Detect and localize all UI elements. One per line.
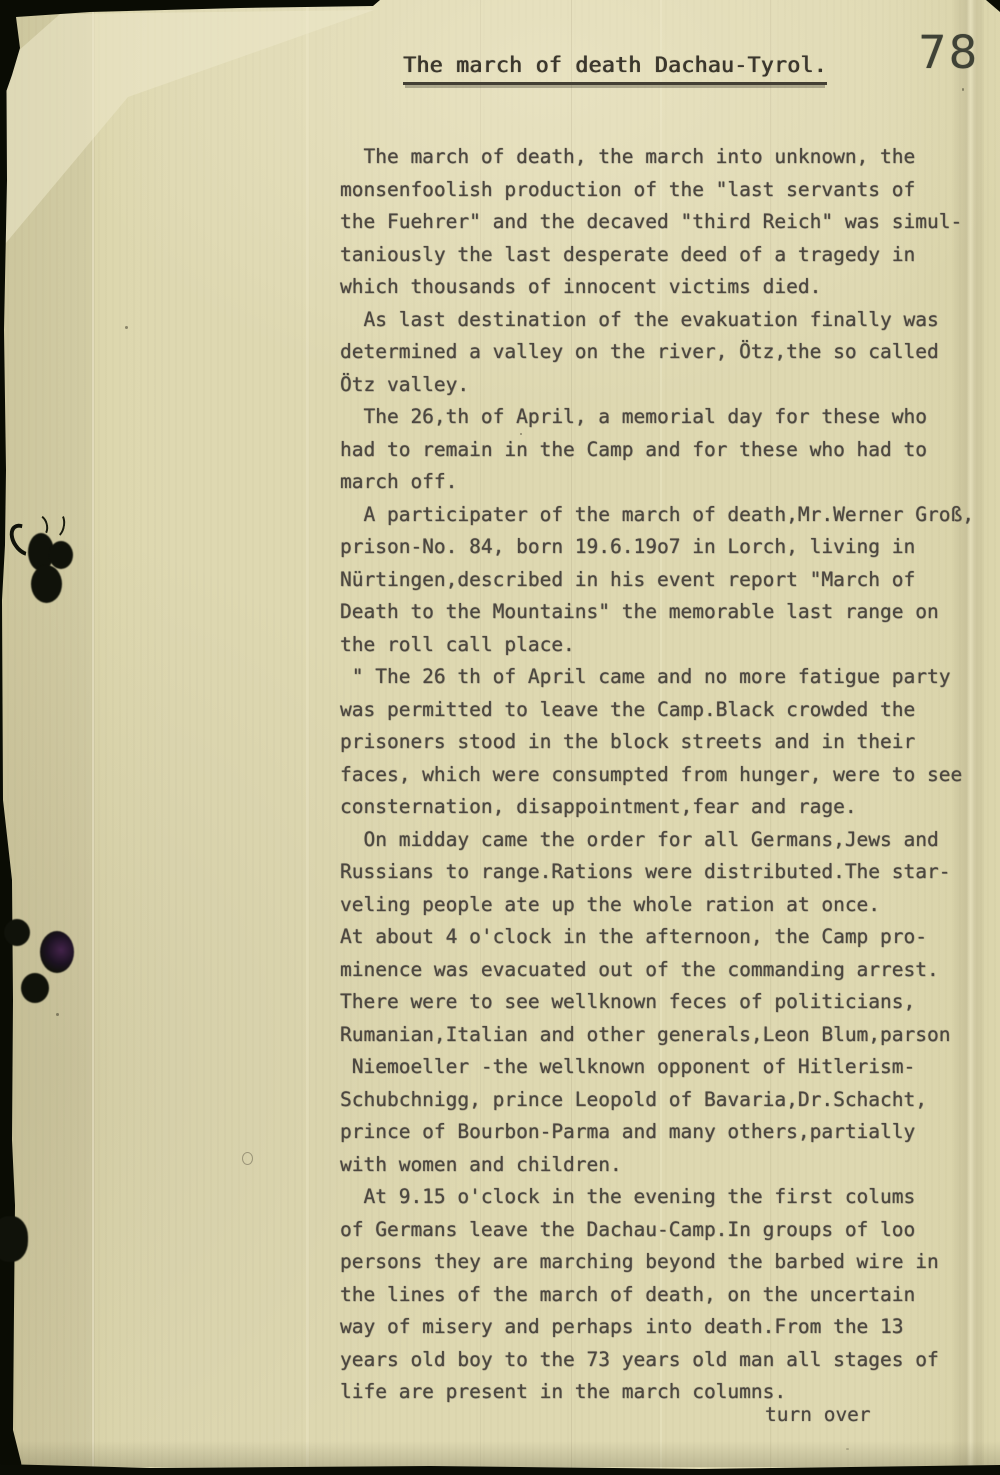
ink-blot — [4, 919, 30, 946]
paper-crease — [92, 0, 94, 1475]
ink-blot — [21, 973, 49, 1003]
paper-speck — [125, 326, 128, 329]
scanned-page: The march of death Dachau-Tyrol. 78 The … — [0, 0, 1000, 1475]
bottom-edge-shade — [0, 1441, 1000, 1467]
ink-blot-stroke — [47, 511, 67, 539]
body-text: The march of death, the march into unkno… — [340, 141, 974, 1409]
scan-edge-top-right — [980, 0, 1000, 14]
paper-crease — [306, 0, 309, 1475]
pencil-ring-mark — [242, 1152, 253, 1165]
paper-speck — [56, 1013, 59, 1016]
ink-blot — [49, 541, 73, 569]
turn-over-note: turn over — [765, 1403, 871, 1426]
ink-blot-left-edge — [0, 1216, 28, 1262]
page-number: 78 — [918, 30, 979, 76]
ink-blot — [31, 565, 62, 603]
paper-speck — [962, 88, 964, 91]
ink-blot — [40, 931, 74, 973]
paper-speck — [846, 1448, 849, 1450]
page-title: The march of death Dachau-Tyrol. — [403, 53, 827, 85]
